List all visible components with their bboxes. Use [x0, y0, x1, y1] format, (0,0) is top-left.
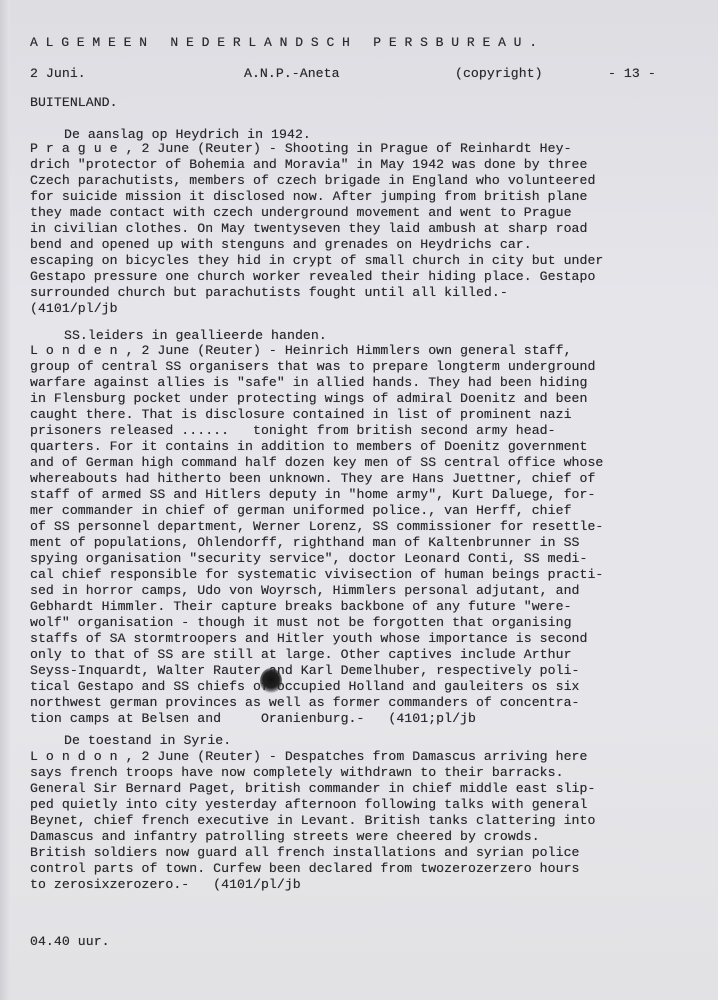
article-line: bend and opened up with stenguns and gre…	[30, 237, 603, 253]
article-line: Seyss-Inquardt, Walter Rauter and Karl D…	[30, 663, 603, 679]
article-line: control parts of town. Curfew been decla…	[30, 861, 595, 877]
article-line: quarters. For it contains in addition to…	[30, 439, 603, 455]
timestamp: 04.40 uur.	[30, 934, 110, 950]
article-line: sed in horror camps, Udo von Woyrsch, Hi…	[30, 583, 603, 599]
article-line: for suicide mission it disclosed now. Af…	[30, 189, 603, 205]
article-line: surrounded church but parachutists fough…	[30, 285, 603, 301]
article-line: prisoners released ...... tonight from b…	[30, 423, 603, 439]
article-line: staffs of SA stormtroopers and Hitler yo…	[30, 631, 603, 647]
article-line: tical Gestapo and SS chiefs of occupied …	[30, 679, 603, 695]
article-line: whereabouts had hitherto been unknown. T…	[30, 471, 603, 487]
article-reference: (4101/pl/jb	[30, 301, 603, 317]
article-line: escaping on bicycles they hid in crypt o…	[30, 253, 603, 269]
article-line: northwest german provinces as well as fo…	[30, 695, 603, 711]
article-line: L o n d o n , 2 June (Reuter) - Despatch…	[30, 749, 595, 765]
article-line: in Flensburg pocket under protecting win…	[30, 391, 603, 407]
ink-blot	[260, 668, 282, 694]
article-body: L o n d o n , 2 June (Reuter) - Despatch…	[30, 749, 595, 893]
article-line: L o n d e n , 2 June (Reuter) - Heinrich…	[30, 343, 603, 359]
article-line: cal chief responsible for systematic viv…	[30, 567, 603, 583]
article-line: warfare against allies is "safe" in alli…	[30, 375, 603, 391]
article-headline: SS.leiders in geallieerde handen.	[64, 328, 327, 344]
article-line: and of German high command half dozen ke…	[30, 455, 603, 471]
dateline-agency: A.N.P.-Aneta	[244, 66, 340, 82]
dateline-date: 2 Juni.	[30, 66, 86, 82]
article-line: in civilian clothes. On May twentyseven …	[30, 221, 603, 237]
article-reference: to zerosixzerozero.- (4101/pl/jb	[30, 877, 595, 893]
article-line: British soldiers now guard all french in…	[30, 845, 595, 861]
article-line: drich "protector of Bohemia and Moravia"…	[30, 157, 603, 173]
article-body: P r a g u e , 2 June (Reuter) - Shooting…	[30, 141, 603, 317]
article-line: spying organisation "security service", …	[30, 551, 603, 567]
page-edge	[0, 0, 10, 1000]
article-line: ment of populations, Ohlendorff, rightha…	[30, 535, 603, 551]
article-body: L o n d e n , 2 June (Reuter) - Heinrich…	[30, 343, 603, 727]
article-line: Gestapo pressure one church worker revea…	[30, 269, 603, 285]
article-line: of SS personnel department, Werner Loren…	[30, 519, 603, 535]
article-line: they made contact with czech underground…	[30, 205, 603, 221]
article-headline: De toestand in Syrie.	[64, 733, 231, 749]
masthead: A L G E M E E N N E D E R L A N D S C H …	[30, 35, 537, 51]
article-line: says french troops have now completely w…	[30, 765, 595, 781]
article-line: caught there. That is disclosure contain…	[30, 407, 603, 423]
article-line: wolf" organisation - though it must not …	[30, 615, 603, 631]
article-line: only to that of SS are still at large. O…	[30, 647, 603, 663]
article-line: ped quietly into city yesterday afternoo…	[30, 797, 595, 813]
section-title: BUITENLAND.	[30, 95, 118, 111]
article-line: Beynet, chief french executive in Levant…	[30, 813, 595, 829]
article-line: Damascus and infantry patrolling streets…	[30, 829, 595, 845]
article-line: group of central SS organisers that was …	[30, 359, 603, 375]
article-line: Czech parachutists, members of czech bri…	[30, 173, 603, 189]
page-number: - 13 -	[608, 66, 656, 82]
dateline-copyright: (copyright)	[455, 66, 543, 82]
article-line: Gebhardt Himmler. Their capture breaks b…	[30, 599, 603, 615]
article-line: tion camps at Belsen and Oranienburg.- (…	[30, 711, 603, 727]
article-line: General Sir Bernard Paget, british comma…	[30, 781, 595, 797]
article-line: staff of armed SS and Hitlers deputy in …	[30, 487, 603, 503]
article-line: P r a g u e , 2 June (Reuter) - Shooting…	[30, 141, 603, 157]
article-line: mer commander in chief of german uniform…	[30, 503, 603, 519]
